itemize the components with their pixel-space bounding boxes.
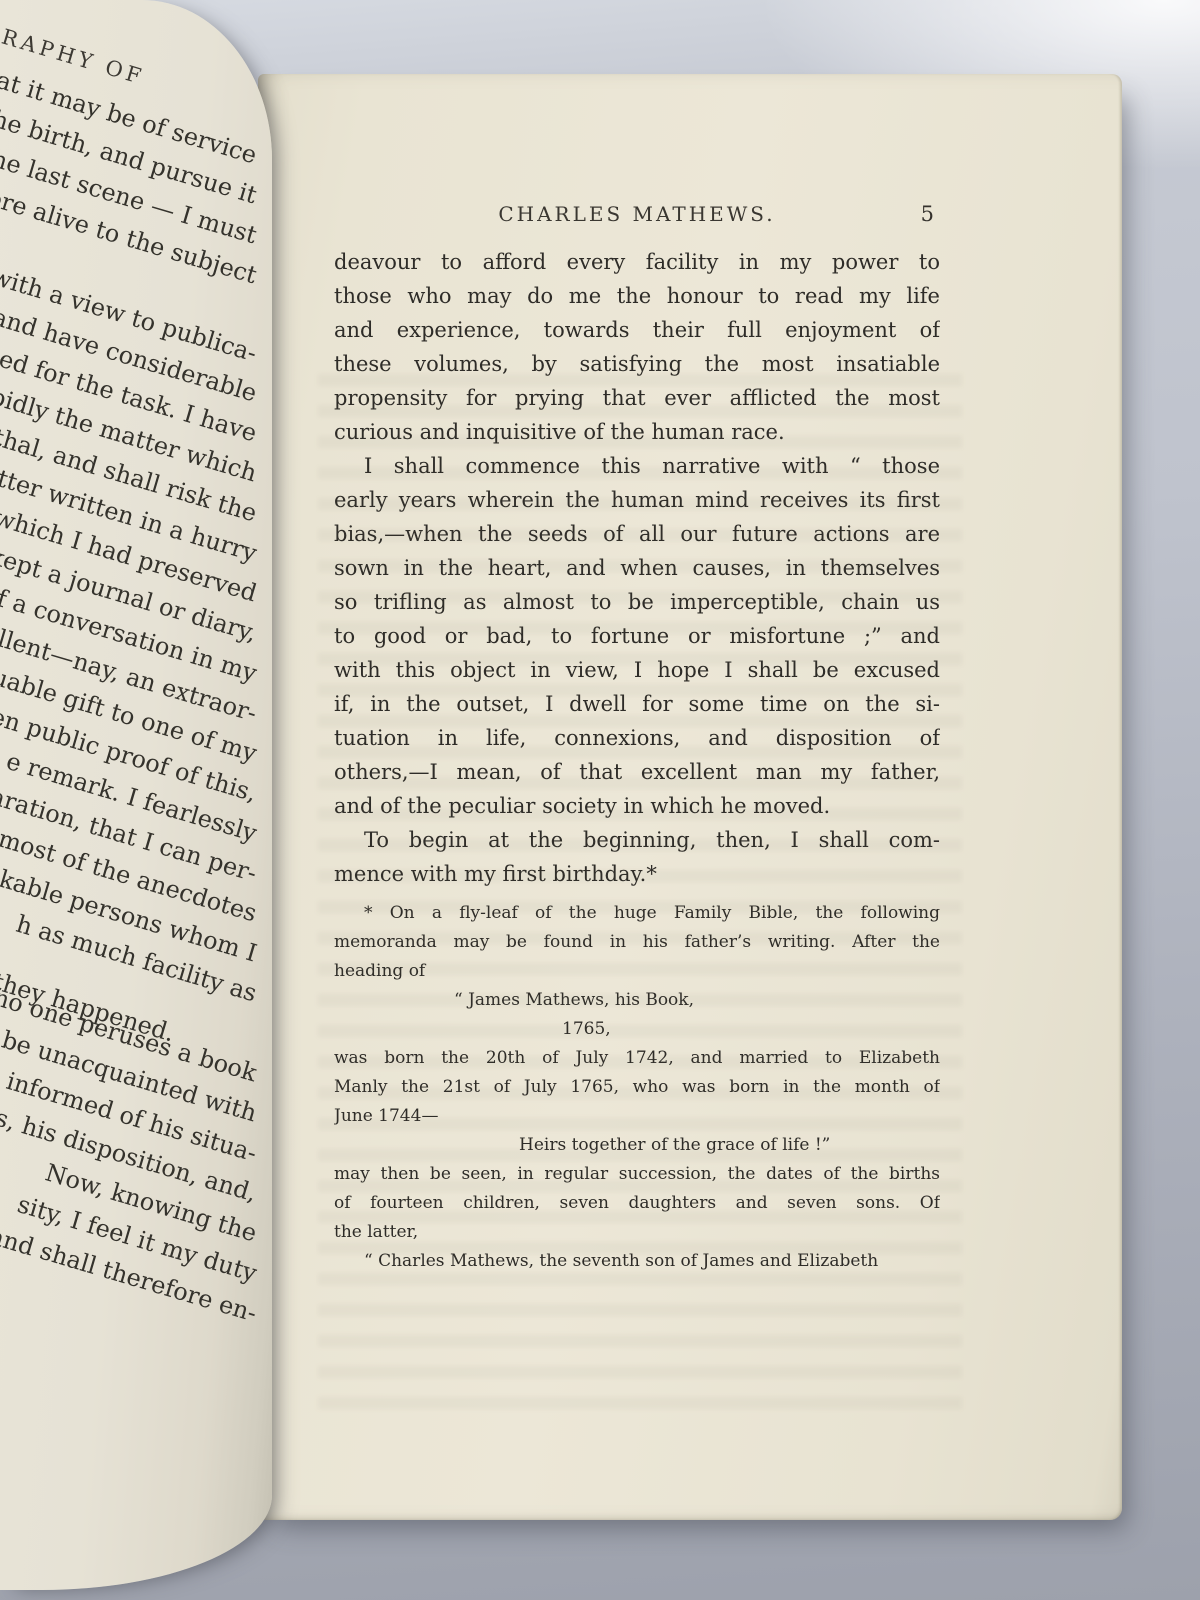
body-text-line: those who may do me the honour to read m… [334,279,940,313]
footnote-text-line: “ Charles Mathews, the seventh son of Ja… [334,1247,940,1276]
body-text-line: early years wherein the human mind recei… [334,483,940,517]
body-text-line: these volumes, by satisfying the most in… [334,347,940,381]
body-text-line: To begin at the beginning, then, I shall… [334,823,940,857]
footnote-text-line: Heirs together of the grace of life !” [519,1131,940,1160]
body-text-line: with this object in view, I hope I shall… [334,653,940,687]
running-title: CHARLES MATHEWS. [334,202,940,226]
body-text-line: and experience, towards their full enjoy… [334,313,940,347]
page-number: 5 [921,202,934,226]
footnote-text-line: of fourteen children, seven daughters an… [334,1189,940,1218]
left-page-curled: GRAPHY OF t that it may be of serviceith… [0,0,272,1590]
right-page-footnote: * On a fly-leaf of the huge Family Bible… [334,899,940,1276]
footnote-text-line: June 1744— [334,1102,940,1131]
right-page-running-header: CHARLES MATHEWS. 5 [334,202,940,232]
body-text-line: bias,—when the seeds of all our future a… [334,517,940,551]
footnote-text-line: was born the 20th of July 1742, and marr… [334,1044,940,1073]
body-text-line: propensity for prying that ever afflicte… [334,381,940,415]
footnote-text-line: “ James Mathews, his Book, [454,986,940,1015]
right-page: CHARLES MATHEWS. 5 deavour to afford eve… [258,74,1122,1520]
body-text-line: mence with my first birthday.* [334,857,940,891]
left-page-text-block: GRAPHY OF t that it may be of serviceith… [0,56,256,1334]
body-text-line: deavour to afford every facility in my p… [334,245,940,279]
body-text-line: curious and inquisitive of the human rac… [334,415,940,449]
footnote-text-line: may then be seen, in regular succession,… [334,1160,940,1189]
footnote-text-line: 1765, [562,1015,940,1044]
right-page-body-text: deavour to afford every facility in my p… [334,245,940,891]
open-book-photo: CHARLES MATHEWS. 5 deavour to afford eve… [0,0,1200,1600]
body-text-line: sown in the heart, and when causes, in t… [334,551,940,585]
body-text-line: to good or bad, to fortune or misfortune… [334,619,940,653]
body-text-line: tuation in life, connexions, and disposi… [334,721,940,755]
body-text-line: others,—I mean, of that excellent man my… [334,755,940,789]
footnote-text-line: memoranda may be found in his father’s w… [334,928,940,957]
footnote-text-line: heading of [334,957,940,986]
footnote-text-line: Manly the 21st of July 1765, who was bor… [334,1073,940,1102]
body-text-line: so trifling as almost to be imperceptibl… [334,585,940,619]
body-text-line: and of the peculiar society in which he … [334,789,940,823]
footnote-text-line: * On a fly-leaf of the huge Family Bible… [334,899,940,928]
body-text-line: I shall commence this narrative with “ t… [334,449,940,483]
left-page-body-text: t that it may be of serviceith the birth… [0,136,256,1334]
body-text-line: if, in the outset, I dwell for some time… [334,687,940,721]
footnote-text-line: the latter, [334,1218,940,1247]
